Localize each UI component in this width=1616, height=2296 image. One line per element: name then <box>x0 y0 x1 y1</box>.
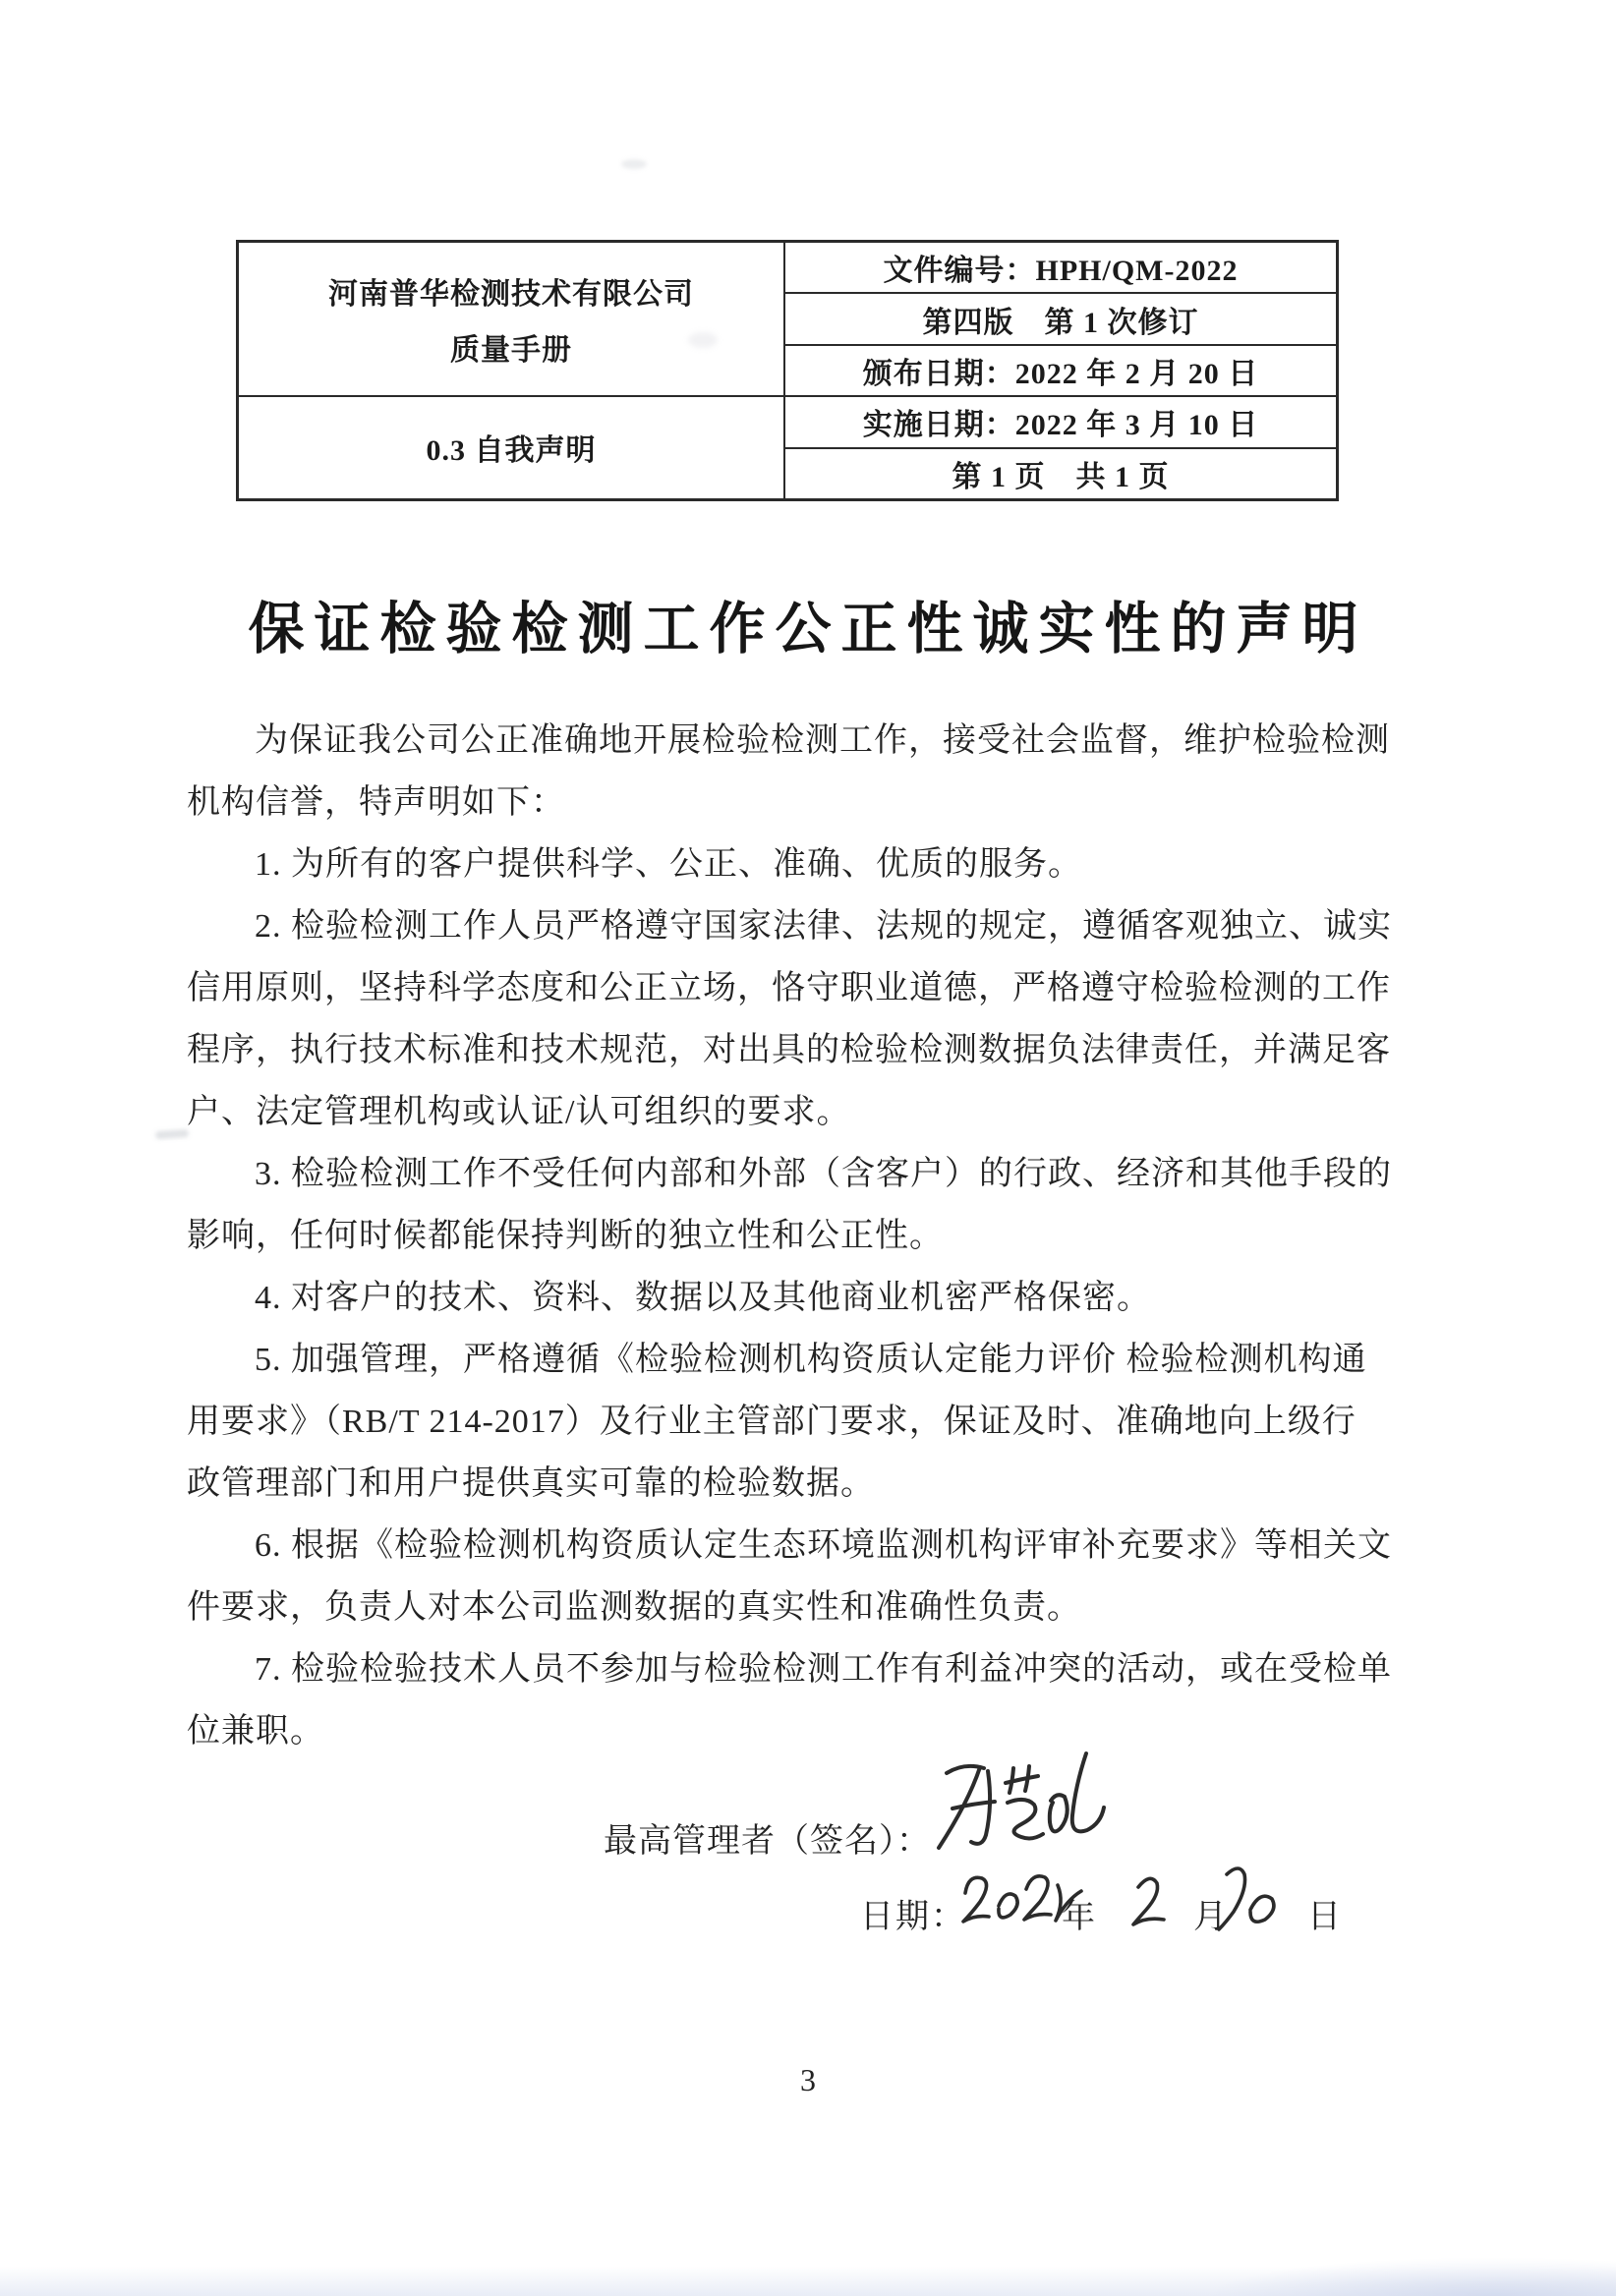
scan-speck <box>688 332 718 348</box>
declaration-body: 为保证我公司公正准确地开展检验检测工作，接受社会监督，维护检验检测 机构信誉，特… <box>187 710 1415 1762</box>
section-code: 0.3 自我声明 <box>427 426 597 469</box>
handwritten-month <box>1126 1869 1174 1932</box>
body-line: 2. 检验检测工作人员严格遵守国家法律、法规的规定，遵循客观独立、诚实 <box>187 895 1415 957</box>
page-number: 3 <box>0 2062 1616 2098</box>
scan-edge-shadow <box>0 2267 1616 2296</box>
manual-title: 质量手册 <box>450 325 572 369</box>
scan-speck <box>621 159 647 169</box>
body-line: 5. 加强管理，严格遵循《检验检测机构资质认定能力评价 检验检测机构通 <box>187 1329 1415 1391</box>
year-unit: 年 <box>1062 1889 1095 1937</box>
body-line: 1. 为所有的客户提供科学、公正、准确、优质的服务。 <box>187 833 1415 895</box>
body-line: 件要求，负责人对本公司监测数据的真实性和准确性负责。 <box>187 1577 1415 1638</box>
day-unit: 日 <box>1307 1889 1341 1937</box>
signature-label: 最高管理者（签名）： <box>604 1813 931 1862</box>
body-line: 程序，执行技术标准和技术规范，对出具的检验检测数据负法律责任，并满足客 <box>187 1019 1415 1081</box>
body-line: 为保证我公司公正准确地开展检验检测工作，接受社会监督，维护检验检测 <box>187 710 1415 772</box>
document-title: 保证检验检测工作公正性诚实性的声明 <box>0 584 1616 664</box>
scan-smudge <box>155 1129 189 1139</box>
body-line: 4. 对客户的技术、资料、数据以及其他商业机密严格保密。 <box>187 1267 1415 1329</box>
body-line: 机构信誉，特声明如下： <box>187 772 1415 833</box>
signature-handwriting-icon <box>919 1742 1116 1862</box>
body-line: 3. 检验检测工作不受任何内部和外部（含客户）的行政、经济和其他手段的 <box>187 1143 1415 1205</box>
body-line: 户、法定管理机构或认证/认可组织的要求。 <box>187 1081 1415 1143</box>
header-cell-section: 0.3 自我声明 <box>239 397 783 498</box>
header-row-effective-date: 实施日期：2022 年 3 月 10 日 <box>785 397 1336 448</box>
body-line: 信用原则，坚持科学态度和公正立场，恪守职业道德，严格遵守检验检测的工作 <box>187 957 1415 1019</box>
header-row-version: 第四版 第 1 次修订 <box>785 294 1336 345</box>
header-cell-company: 河南普华检测技术有限公司 质量手册 <box>239 243 783 397</box>
body-line: 7. 检验检验技术人员不参加与检验检测工作有利益冲突的活动，或在受检单 <box>187 1638 1415 1700</box>
scan-edge-shadow-corner <box>1203 2257 1616 2296</box>
body-line: 位兼职。 <box>187 1700 1415 1762</box>
body-line: 6. 根据《检验检测机构资质认定生态环境监测机构评审补充要求》等相关文 <box>187 1515 1415 1577</box>
header-row-doc-number: 文件编号：HPH/QM-2022 <box>785 243 1336 294</box>
header-table-left-column: 河南普华检测技术有限公司 质量手册 0.3 自我声明 <box>239 243 785 498</box>
date-label: 日期： <box>860 1889 966 1937</box>
scanned-document-page: 河南普华检测技术有限公司 质量手册 0.3 自我声明 文件编号：HPH/QM-2… <box>0 0 1616 2296</box>
header-row-issue-date: 颁布日期：2022 年 2 月 20 日 <box>785 346 1336 397</box>
body-line: 用要求》（RB/T 214-2017）及行业主管部门要求，保证及时、准确地向上级… <box>187 1391 1415 1453</box>
header-row-page-count: 第 1 页 共 1 页 <box>785 449 1336 498</box>
header-table-right-column: 文件编号：HPH/QM-2022 第四版 第 1 次修订 颁布日期：2022 年… <box>785 243 1336 498</box>
company-name: 河南普华检测技术有限公司 <box>328 269 694 313</box>
handwritten-day <box>1209 1861 1282 1943</box>
body-line: 影响，任何时候都能保持判断的独立性和公正性。 <box>187 1205 1415 1267</box>
body-line: 政管理部门和用户提供真实可靠的检验数据。 <box>187 1453 1415 1515</box>
header-table: 河南普华检测技术有限公司 质量手册 0.3 自我声明 文件编号：HPH/QM-2… <box>236 240 1339 501</box>
